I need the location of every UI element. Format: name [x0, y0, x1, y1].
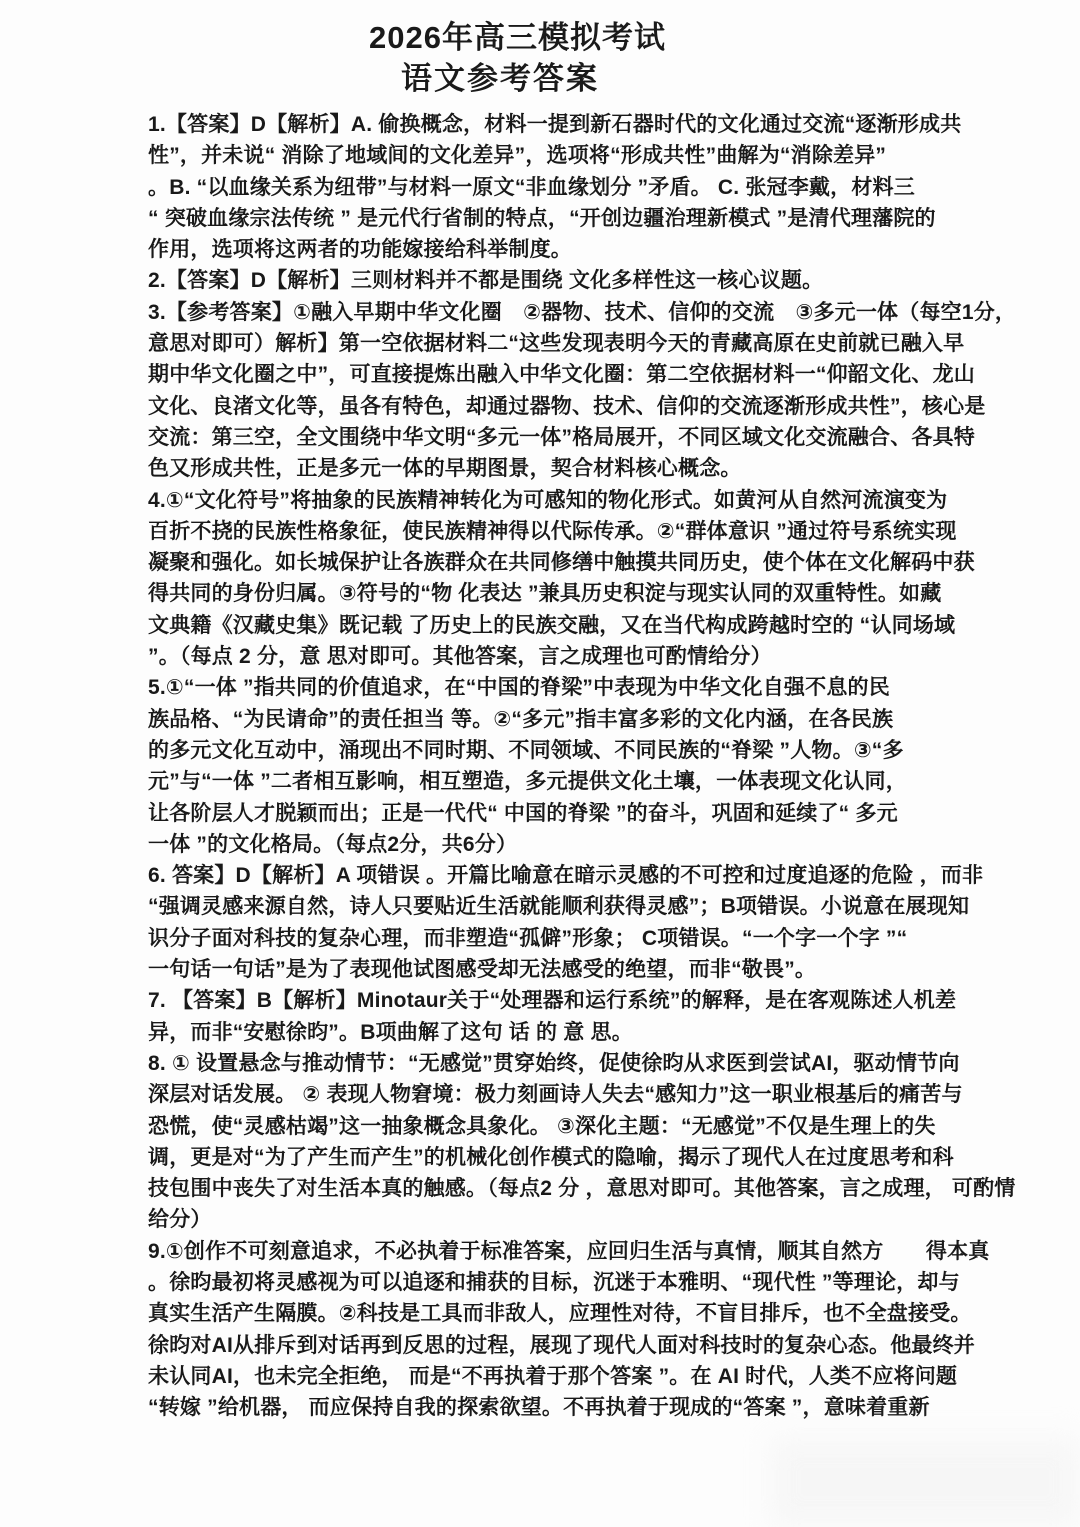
answer-line: 1.【答案】D【解析】A. 偷换概念，材料一提到新石器时代的文化通过交流“逐渐形… [148, 109, 948, 140]
answer-line: 元”与“一体 ”二者相互影响，相互塑造，多元提供文化土壤，一体表现文化认同， [148, 766, 948, 797]
answer-item-2: 2.【答案】D【解析】三则材料并不都是围绕 文化多样性这一核心议题。 [148, 265, 948, 296]
answer-line: 真实生活产生隔膜。②科技是工具而非敌人，应理性对待，不盲目排斥，也不全盘接受。 [148, 1298, 948, 1329]
scan-shading [770, 1437, 1080, 1527]
answer-line: 未认同AI，也未完全拒绝， 而是“不再执着于那个答案 ”。在 AI 时代，人类不… [148, 1361, 948, 1392]
answer-item-9: 9.①创作不可刻意追求，不必执着于标准答案，应回归生活与真情，顺其自然方 得本真… [148, 1236, 948, 1424]
answer-line: 2.【答案】D【解析】三则材料并不都是围绕 文化多样性这一核心议题。 [148, 265, 948, 296]
answer-line: 技包围中丧失了对生活本真的触感。（每点2 分 ，意思对即可。其他答案，言之成理，… [148, 1173, 948, 1204]
exam-subtitle: 语文参考答案 [0, 61, 1000, 97]
answer-line: 一体 ”的文化格局。（每点2分，共6分） [148, 829, 948, 860]
answer-item-1: 1.【答案】D【解析】A. 偷换概念，材料一提到新石器时代的文化通过交流“逐渐形… [148, 109, 948, 265]
answer-line: 8. ① 设置悬念与推动情节：“无感觉”贯穿始终，促使徐昀从求医到尝试AI，驱动… [148, 1048, 948, 1079]
answer-item-3: 3.【参考答案】①融入早期中华文化圈 ②器物、技术、信仰的交流 ③多元一体（每空… [148, 297, 948, 485]
answer-line: “ 突破血缘宗法传统 ” 是元代行省制的特点，“开创边疆治理新模式 ”是清代理藩… [148, 203, 948, 234]
answer-line: “强调灵感来源自然，诗人只要贴近生活就能顺利获得灵感”；B项错误。小说意在展现知 [148, 891, 948, 922]
answer-line: ”。（每点 2 分，意 思对即可。其他答案，言之成理也可酌情给分） [148, 641, 948, 672]
answer-line: 给分） [148, 1204, 948, 1235]
answer-line: 调，更是对“为了产生而产生”的机械化创作模式的隐喻，揭示了现代人在过度思考和科 [148, 1142, 948, 1173]
answer-line: 识分子面对科技的复杂心理，而非塑造“孤僻”形象； C项错误。“一个字一个字 ”“ [148, 923, 948, 954]
answer-line: 文典籍《汉藏史集》既记载 了历史上的民族交融，又在当代构成跨越时空的 “认同场域 [148, 610, 948, 641]
answer-line: 性”，并未说“ 消除了地域间的文化差异”，选项将“形成共性”曲解为“消除差异” [148, 140, 948, 171]
answers-body: 1.【答案】D【解析】A. 偷换概念，材料一提到新石器时代的文化通过交流“逐渐形… [148, 109, 948, 1423]
answer-line: 交流：第三空，全文围绕中华文明“多元一体”格局展开，不同区域文化交流融合、各具特 [148, 422, 948, 453]
exam-answer-sheet: 2026年高三模拟考试 语文参考答案 1.【答案】D【解析】A. 偷换概念，材料… [0, 0, 1080, 1527]
answer-line: 3.【参考答案】①融入早期中华文化圈 ②器物、技术、信仰的交流 ③多元一体（每空… [148, 297, 948, 328]
answer-line: 色又形成共性，正是多元一体的早期图景，契合材料核心概念。 [148, 453, 948, 484]
answer-line: 深层对话发展。 ② 表现人物窘境：极力刻画诗人失去“感知力”这一职业根基后的痛苦… [148, 1079, 948, 1110]
answer-line: 异，而非“安慰徐昀”。B项曲解了这句 话 的 意 思。 [148, 1017, 948, 1048]
answer-item-6: 6. 答案】D【解析】A 项错误 。开篇比喻意在暗示灵感的不可控和过度追逐的危险… [148, 860, 948, 985]
answer-item-7: 7. 【答案】B【解析】Minotaur关于“处理器和运行系统”的解释，是在客观… [148, 985, 948, 1048]
answer-line: 让各阶层人才脱颖而出；正是一代代“ 中国的脊梁 ”的奋斗，巩固和延续了“ 多元 [148, 798, 948, 829]
answer-line: 6. 答案】D【解析】A 项错误 。开篇比喻意在暗示灵感的不可控和过度追逐的危险… [148, 860, 948, 891]
answer-line: 作用，选项将这两者的功能嫁接给科举制度。 [148, 234, 948, 265]
answer-line: 凝聚和强化。如长城保护让各族群众在共同修缮中触摸共同历史，使个体在文化解码中获 [148, 547, 948, 578]
answer-line: 徐昀对AI从排斥到对话再到反思的过程，展现了现代人面对科技时的复杂心态。他最终并 [148, 1330, 948, 1361]
answer-item-8: 8. ① 设置悬念与推动情节：“无感觉”贯穿始终，促使徐昀从求医到尝试AI，驱动… [148, 1048, 948, 1236]
answer-line: 一句话一句话”是为了表现他试图感受却无法感受的绝望，而非“敬畏”。 [148, 954, 948, 985]
answer-line: 4.①“文化符号”将抽象的民族精神转化为可感知的物化形式。如黄河从自然河流演变为 [148, 485, 948, 516]
answer-line: 9.①创作不可刻意追求，不必执着于标准答案，应回归生活与真情，顺其自然方 得本真 [148, 1236, 948, 1267]
answer-line: 期中华文化圈之中”，可直接提炼出融入中华文化圈：第二空依据材料一“仰韶文化、龙山 [148, 359, 948, 390]
answer-item-4: 4.①“文化符号”将抽象的民族精神转化为可感知的物化形式。如黄河从自然河流演变为… [148, 485, 948, 673]
answer-line: 。徐昀最初将灵感视为可以追逐和捕获的目标，沉迷于本雅明、“现代性 ”等理论，却与 [148, 1267, 948, 1298]
answer-line: 族品格、“为民请命”的责任担当 等。②“多元”指丰富多彩的文化内涵，在各民族 [148, 704, 948, 735]
answer-line: 百折不挠的民族性格象征，使民族精神得以代际传承。②“群体意识 ”通过符号系统实现 [148, 516, 948, 547]
answer-line: 意思对即可）解析】第一空依据材料二“这些发现表明今天的青藏高原在史前就已融入早 [148, 328, 948, 359]
answer-line: 文化、良渚文化等，虽各有特色，却通过器物、技术、信仰的交流逐渐形成共性”，核心是 [148, 391, 948, 422]
answer-line: 恐慌，使“灵感枯竭”这一抽象概念具象化。 ③深化主题：“无感觉”不仅是生理上的失 [148, 1111, 948, 1142]
exam-title: 2026年高三模拟考试 [0, 20, 1035, 56]
answer-line: 的多元文化互动中，涌现出不同时期、不同领域、不同民族的“脊梁 ”人物。③“多 [148, 735, 948, 766]
answer-item-5: 5.①“一体 ”指共同的价值追求，在“中国的脊梁”中表现为中华文化自强不息的民 … [148, 672, 948, 860]
answer-line: 5.①“一体 ”指共同的价值追求，在“中国的脊梁”中表现为中华文化自强不息的民 [148, 672, 948, 703]
answer-line: “转嫁 ”给机器， 而应保持自我的探索欲望。不再执着于现成的“答案 ”，意味着重… [148, 1392, 948, 1423]
answer-line: 。B. “以血缘关系为纽带”与材料一原文“非血缘划分 ”矛盾。 C. 张冠李戴，… [148, 172, 948, 203]
answer-line: 7. 【答案】B【解析】Minotaur关于“处理器和运行系统”的解释，是在客观… [148, 985, 948, 1016]
answer-line: 得共同的身份归属。③符号的“物 化表达 ”兼具历史积淀与现实认同的双重特性。如藏 [148, 578, 948, 609]
